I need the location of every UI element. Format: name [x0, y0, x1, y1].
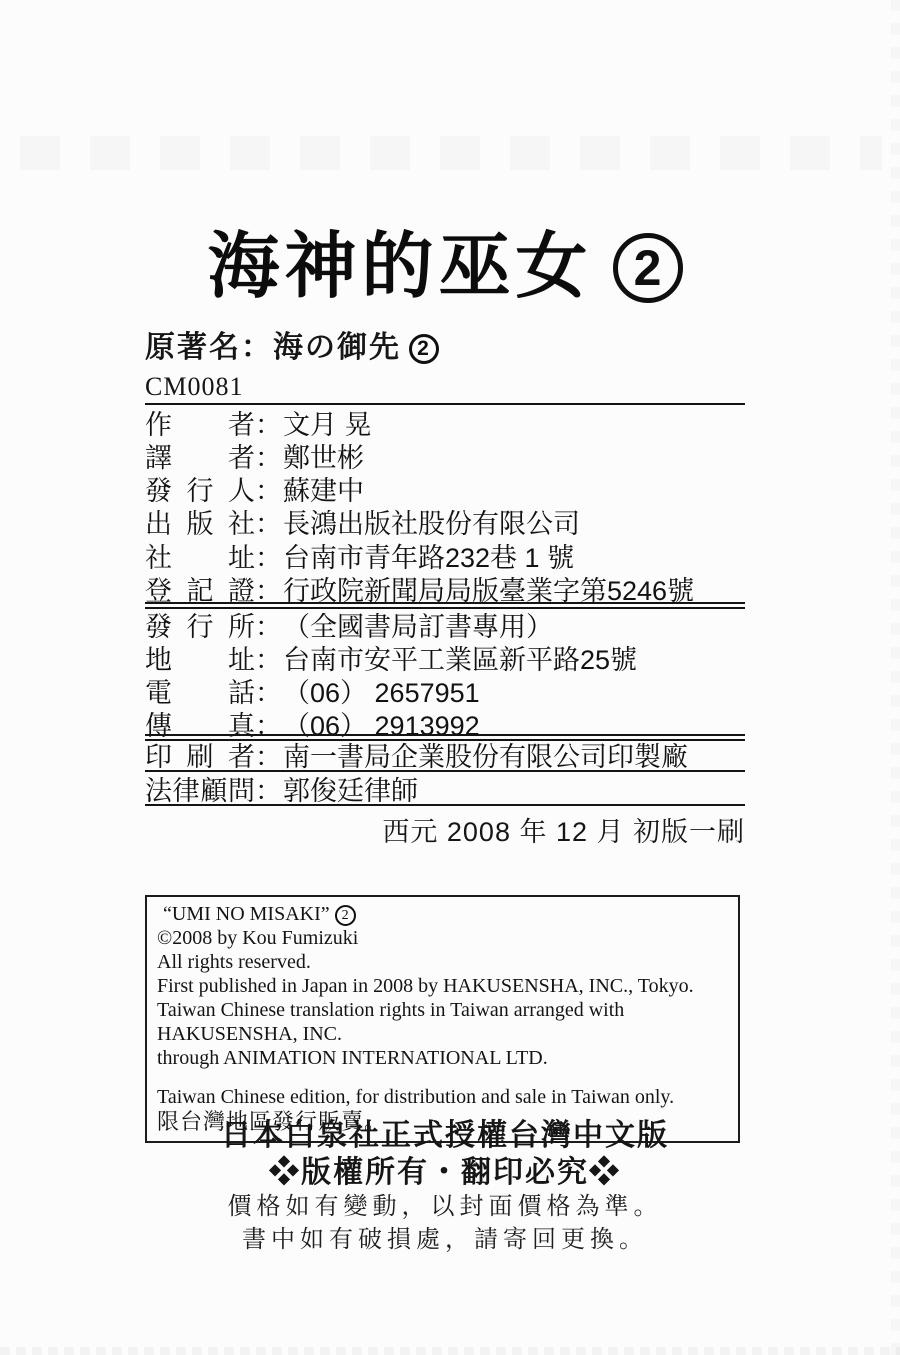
colophon-value: 長鴻出版社股份有限公司 [283, 509, 580, 539]
colophon-label: 法律顧問 [145, 776, 255, 806]
rule-under-code [145, 403, 745, 405]
label-separator: ： [255, 678, 283, 708]
colophon-row-author: 作者：文月 晃 [145, 410, 745, 440]
damage-note-line: 書中如有破損處，請寄回更換。 [145, 1219, 745, 1254]
colophon-value: 台南市安平工業區新平路25號 [283, 645, 637, 675]
rule-under-printer [145, 770, 745, 772]
label-separator: ： [255, 776, 283, 806]
rights-box-gap [157, 1070, 728, 1085]
colophon-label: 譯者 [145, 443, 255, 473]
product-code: CM0081 [145, 372, 745, 402]
original-title-line: 原著名：海の御先2 [145, 322, 745, 366]
colophon-label: 社址 [145, 543, 255, 573]
rights-distribution-line: Taiwan Chinese edition, for distribution… [157, 1085, 728, 1109]
colophon-row-printer: 印刷者：南一書局企業股份有限公司印製廠 [145, 742, 745, 772]
rights-line: through ANIMATION INTERNATIONAL LTD. [157, 1046, 728, 1070]
colophon-value: 台南市青年路232巷 1 號 [283, 543, 574, 573]
edition-date-line: 西元 2008 年 12 月 初版一刷 [145, 810, 745, 849]
colophon-value: 鄭世彬 [283, 443, 364, 473]
colophon-value: 蘇建中 [283, 476, 364, 506]
rights-line: Taiwan Chinese translation rights in Tai… [157, 998, 728, 1046]
label-separator: ： [255, 476, 283, 506]
rights-line: First published in Japan in 2008 by HAKU… [157, 974, 728, 998]
colophon-label: 印刷者 [145, 742, 255, 772]
colophon-label: 作者 [145, 410, 255, 440]
book-title-text: 海神的巫女 [207, 227, 592, 307]
label-separator: ： [255, 543, 283, 573]
rights-title: “UMI NO MISAKI” [163, 903, 330, 925]
colophon-label: 發行所 [145, 612, 255, 642]
label-separator: ： [255, 443, 283, 473]
scan-artifact-right [891, 0, 900, 1355]
rights-line: All rights reserved. [157, 950, 728, 974]
colophon-label: 發行人 [145, 476, 255, 506]
colophon-value: （06） 2657951 [283, 678, 480, 708]
colophon-row-phone: 電話：（06） 2657951 [145, 678, 745, 708]
colophon-row-publisher-person: 發行人：蘇建中 [145, 476, 745, 506]
colophon-label: 地址 [145, 645, 255, 675]
label-separator: ： [255, 645, 283, 675]
rights-box: “UMI NO MISAKI”2 ©2008 by Kou Fumizuki A… [145, 895, 740, 1143]
label-separator: ： [255, 742, 283, 772]
copyright-notice-line: ❖版權所有・翻印必究❖ [145, 1147, 745, 1191]
double-rule-1 [145, 602, 745, 609]
original-title-text: 海の御先 [273, 331, 401, 364]
colophon-label: 電話 [145, 678, 255, 708]
colophon-row-legal: 法律顧問：郭俊廷律師 [145, 776, 745, 806]
double-rule-2 [145, 734, 745, 741]
colophon-row-distributor: 發行所：（全國書局訂書專用） [145, 612, 745, 642]
colophon-page: 海神的巫女2 原著名：海の御先2 CM0081 作者：文月 晃 譯者：鄭世彬 發… [0, 0, 900, 1355]
colophon-label: 出版社 [145, 509, 255, 539]
scan-artifact-top [20, 136, 882, 170]
rule-under-legal [145, 804, 745, 806]
colophon-value: 南一書局企業股份有限公司印製廠 [283, 742, 688, 772]
colophon-value: （全國書局訂書專用） [283, 612, 553, 642]
colophon-row-publisher: 出版社：長鴻出版社股份有限公司 [145, 509, 745, 539]
price-note-line: 價格如有變動，以封面價格為準。 [145, 1186, 745, 1221]
label-separator: ： [255, 410, 283, 440]
scan-artifact-bottom [0, 1347, 900, 1355]
original-title-label: 原著名： [145, 331, 273, 364]
colophon-value: 文月 晃 [283, 410, 372, 440]
label-separator: ： [255, 509, 283, 539]
volume-circled-number: 2 [613, 233, 683, 303]
rights-line: ©2008 by Kou Fumizuki [157, 926, 728, 950]
colophon-row-dist-address: 地址：台南市安平工業區新平路25號 [145, 645, 745, 675]
rights-volume-circled-number: 2 [335, 905, 356, 926]
label-separator: ： [255, 612, 283, 642]
colophon-row-address: 社址：台南市青年路232巷 1 號 [145, 543, 745, 573]
book-title: 海神的巫女2 [145, 208, 745, 312]
original-volume-circled-number: 2 [409, 334, 439, 364]
rights-title-line: “UMI NO MISAKI”2 [157, 902, 728, 926]
colophon-row-translator: 譯者：鄭世彬 [145, 443, 745, 473]
colophon-value: 郭俊廷律師 [283, 776, 418, 806]
